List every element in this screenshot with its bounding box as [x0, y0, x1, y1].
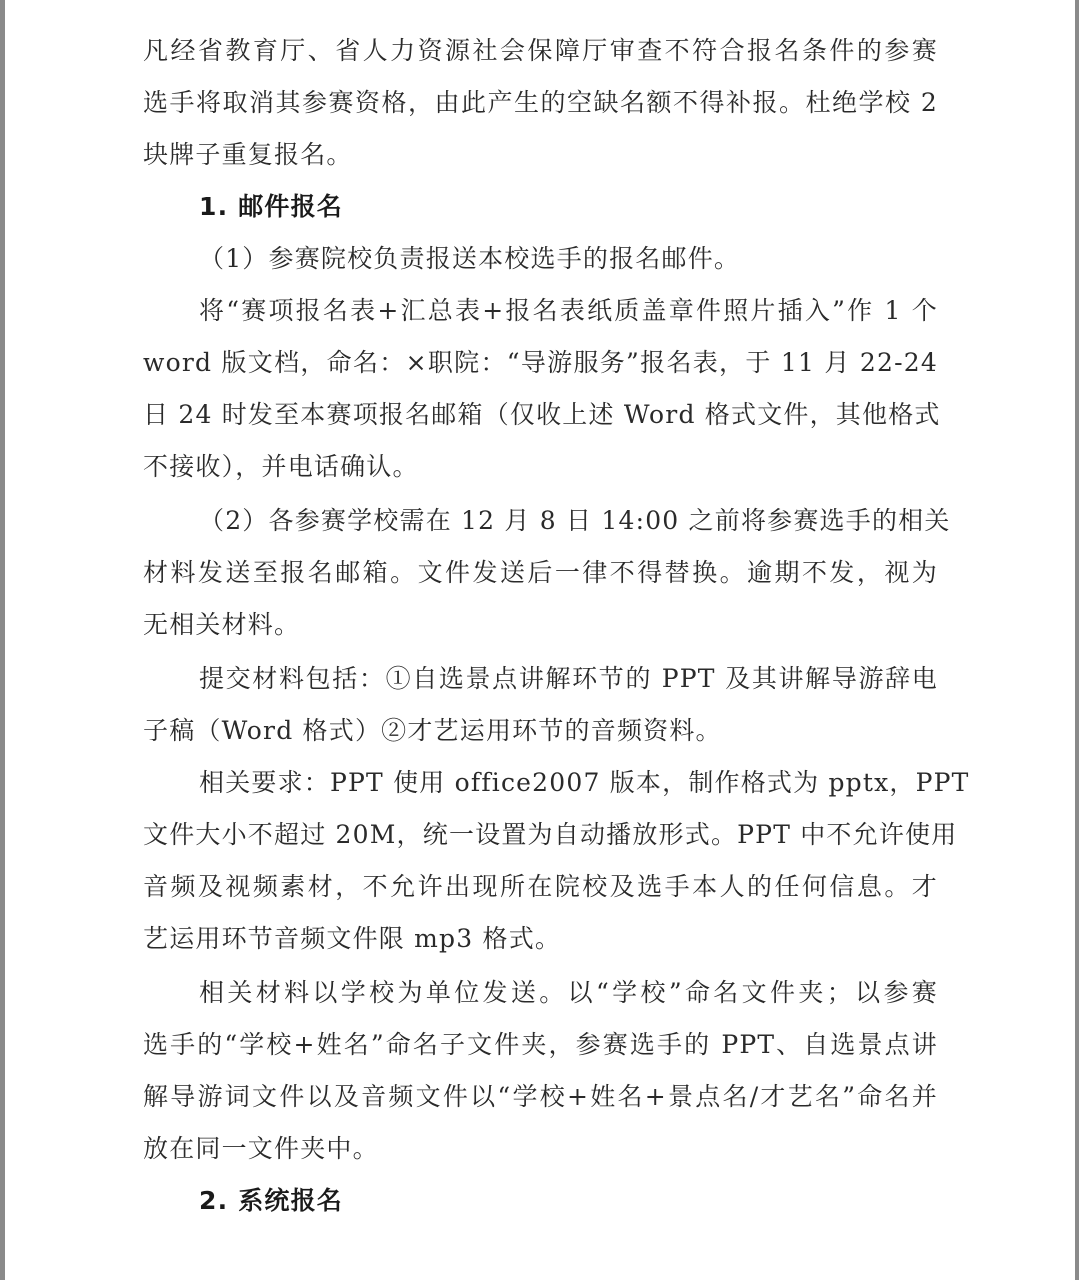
- body-paragraph-line: 子稿（Word 格式）②才艺运用环节的音频资料。: [143, 714, 722, 748]
- body-paragraph-line: 选手的“学校+姓名”命名子文件夹，参赛选手的 PPT、自选景点讲: [143, 1028, 938, 1062]
- body-paragraph-line: 不接收），并电话确认。: [143, 450, 419, 484]
- body-paragraph-line: 日 24 时发至本赛项报名邮箱（仅收上述 Word 格式文件，其他格式: [143, 398, 938, 432]
- body-paragraph-line: 艺运用环节音频文件限 mp3 格式。: [143, 922, 561, 956]
- section-heading-email-registration: 1. 邮件报名: [199, 190, 343, 224]
- body-paragraph-line: 无相关材料。: [143, 608, 300, 642]
- body-paragraph-line: 块牌子重复报名。: [143, 138, 353, 172]
- right-edge-border: [1075, 0, 1079, 1280]
- body-paragraph-line: （2）各参赛学校需在 12 月 8 日 14:00 之前将参赛选手的相关: [199, 504, 938, 538]
- body-paragraph-line: 相关要求：PPT 使用 office2007 版本，制作格式为 pptx，PPT: [199, 766, 938, 800]
- body-paragraph-line: 材料发送至报名邮箱。文件发送后一律不得替换。逾期不发，视为: [143, 556, 938, 590]
- document-viewer: 凡经省教育厅、省人力资源社会保障厅审查不符合报名条件的参赛 选手将取消其参赛资格…: [0, 0, 1079, 1280]
- body-paragraph-line: 相关材料以学校为单位发送。以“学校”命名文件夹；以参赛: [199, 976, 938, 1010]
- body-paragraph-line: 解导游词文件以及音频文件以“学校+姓名+景点名/才艺名”命名并: [143, 1080, 938, 1114]
- body-paragraph-line: 将“赛项报名表+汇总表+报名表纸质盖章件照片插入”作 1 个: [199, 294, 938, 328]
- body-paragraph-line: 放在同一文件夹中。: [143, 1132, 379, 1166]
- body-paragraph-line: 提交材料包括：①自选景点讲解环节的 PPT 及其讲解导游辞电: [199, 662, 938, 696]
- body-paragraph-line: word 版文档，命名：×职院：“导游服务”报名表，于 11 月 22-24: [143, 346, 938, 380]
- left-edge-border: [0, 0, 5, 1280]
- section-heading-system-registration: 2. 系统报名: [199, 1184, 343, 1218]
- body-paragraph-line: 选手将取消其参赛资格，由此产生的空缺名额不得补报。杜绝学校 2: [143, 86, 938, 120]
- body-paragraph-line: （1）参赛院校负责报送本校选手的报名邮件。: [199, 242, 740, 276]
- body-paragraph-line: 文件大小不超过 20M，统一设置为自动播放形式。PPT 中不允许使用: [143, 818, 938, 852]
- body-paragraph-line: 凡经省教育厅、省人力资源社会保障厅审查不符合报名条件的参赛: [143, 34, 938, 68]
- body-paragraph-line: 音频及视频素材，不允许出现所在院校及选手本人的任何信息。才: [143, 870, 938, 904]
